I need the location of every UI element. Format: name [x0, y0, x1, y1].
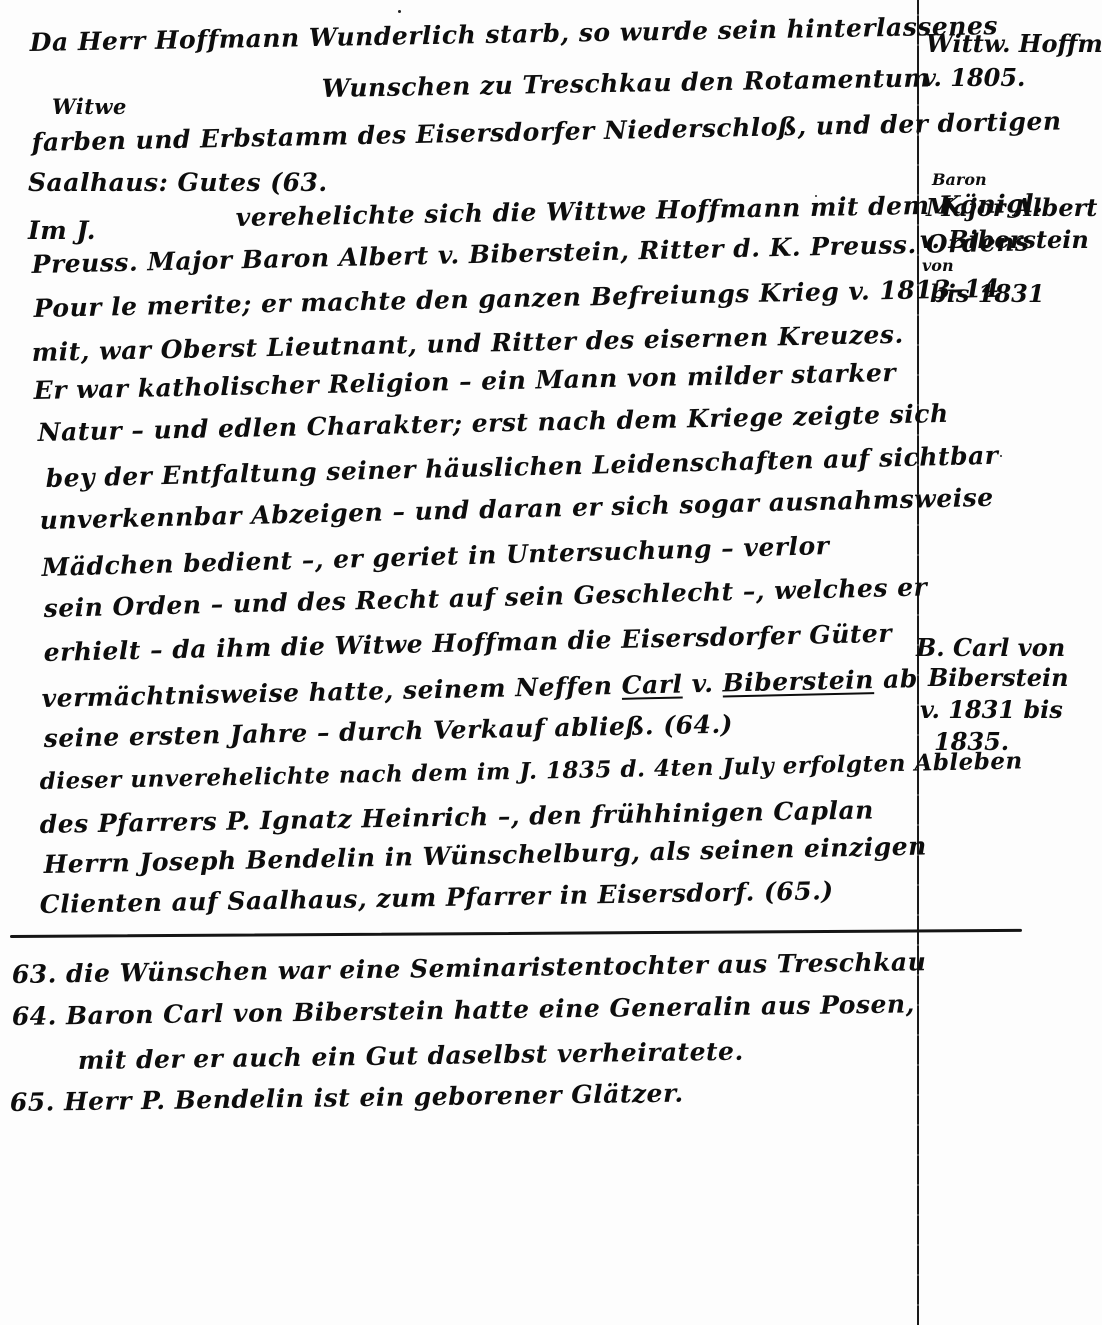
line-text: v. — [682, 669, 723, 699]
footnote-64-continued: mit der er auch ein Gut daselbst verheir… — [78, 1039, 744, 1073]
main-line: erhielt – da ihm die Witwe Hoffman die E… — [43, 621, 892, 665]
main-line: Pour le merite; er machte den ganzen Bef… — [33, 276, 1000, 321]
ink-speck — [398, 10, 401, 13]
margin-note-line: bis 1831 — [930, 282, 1045, 306]
main-line: Natur – und edlen Charakter; erst nach d… — [37, 401, 948, 445]
main-line: des Pfarrers P. Ignatz Heinrich –, den f… — [40, 797, 874, 837]
main-line: Herrn Joseph Bendelin in Wünschelburg, a… — [43, 834, 927, 877]
margin-note-line: B. Carl von — [916, 636, 1065, 660]
margin-note-line: Major Albert — [926, 196, 1097, 220]
manuscript-page: Da Herr Hoffmann Wunderlich starb, so wu… — [0, 0, 1102, 1325]
footnote-number: 65. — [10, 1087, 55, 1117]
main-line: seine ersten Jahre – durch Verkauf ablie… — [43, 712, 733, 751]
line-text: ab — [874, 664, 919, 694]
main-line: Wunschen zu Treschkau den Rotamentum — [322, 65, 931, 101]
main-line-prefix: Witwe — [52, 96, 127, 117]
footnote-65: 65. Herr P. Bendelin ist ein geborener G… — [10, 1081, 684, 1115]
margin-note-line: v. Biberstein — [920, 228, 1089, 252]
footnote-number: 63. — [12, 959, 57, 989]
main-line: bey der Entfaltung seiner häuslichen Lei… — [45, 443, 998, 491]
main-line: sein Orden – und des Recht auf sein Gesc… — [43, 574, 927, 621]
margin-note-line: von — [922, 258, 954, 274]
margin-note-line: v. 1831 bis — [920, 698, 1063, 722]
underlined-name-carl: Carl — [621, 669, 682, 699]
underlined-name-biberstein: Biberstein — [722, 665, 874, 697]
main-line: mit, war Oberst Lieutnant, und Ritter de… — [31, 322, 903, 365]
margin-note-line: 1835. — [934, 730, 1009, 754]
footnote-64: 64. Baron Carl von Biberstein hatte eine… — [12, 991, 915, 1029]
footnote-number: 64. — [12, 1001, 57, 1031]
main-line: Saalhaus: Gutes (63. — [28, 170, 328, 195]
footnote-text: Herr P. Bendelin ist ein geborener Glätz… — [64, 1079, 684, 1117]
margin-note-line: Wittw. Hoffman — [926, 32, 1102, 56]
margin-note-line: Baron — [932, 172, 987, 188]
main-line: Da Herr Hoffmann Wunderlich starb, so wu… — [30, 13, 999, 55]
margin-note-line: v. 1805. — [922, 66, 1025, 90]
main-line: Preuss. Major Baron Albert v. Biberstein… — [31, 229, 1029, 277]
main-line: farben und Erbstamm des Eisersdorfer Nie… — [31, 108, 1061, 155]
footnote-text: Baron Carl von Biberstein hatte eine Gen… — [66, 989, 915, 1030]
main-line-prefix: Im J. — [28, 218, 96, 243]
footnote-text: die Wünschen war eine Seminaristentochte… — [66, 947, 927, 988]
line-text: vermächtnisweise hatte, seinem Neffen — [41, 671, 622, 713]
main-line: vermächtnisweise hatte, seinem Neffen Ca… — [41, 666, 918, 711]
main-line: dieser unverehelichte nach dem im J. 183… — [40, 749, 1023, 793]
ink-speck — [1000, 455, 1002, 457]
main-line: Er war katholischer Religion – ein Mann … — [33, 360, 896, 403]
main-line: Mädchen bedient –, er geriet in Untersuc… — [41, 533, 829, 580]
main-line: Clienten auf Saalhaus, zum Pfarrer in Ei… — [40, 878, 834, 917]
margin-note-line: Biberstein — [928, 666, 1069, 690]
footnote-divider — [10, 929, 1022, 938]
main-line: unverkennbar Abzeigen – und daran er sic… — [39, 485, 994, 533]
footnote-63: 63. die Wünschen war eine Seminaristento… — [12, 949, 927, 987]
